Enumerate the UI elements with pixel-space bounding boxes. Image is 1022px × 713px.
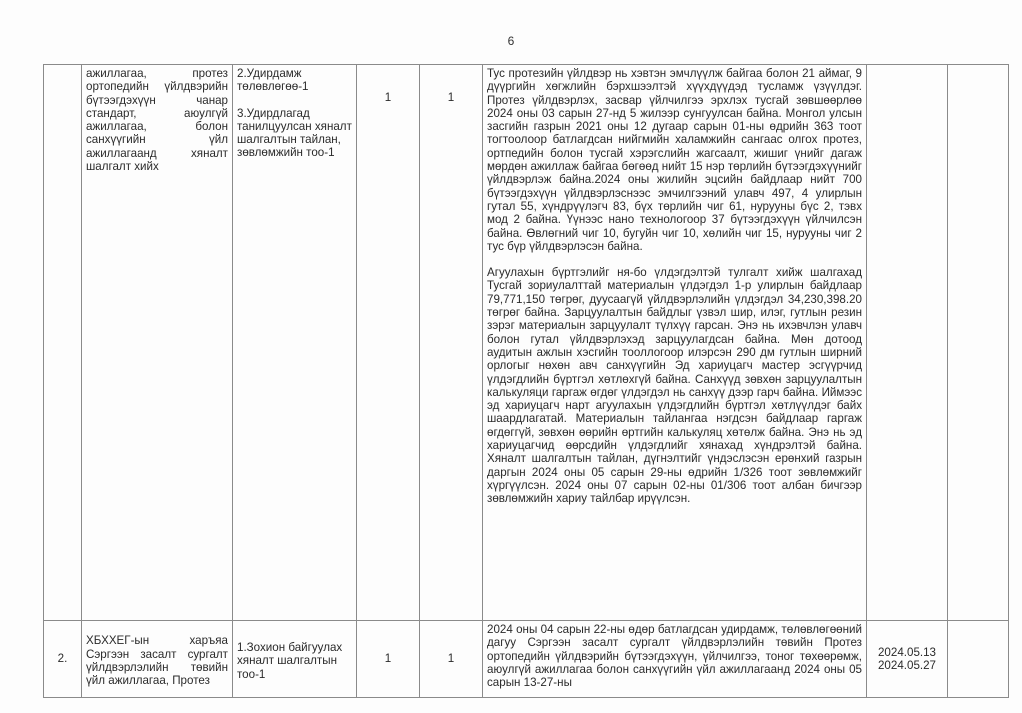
indicator-cell: 1.Зохион байгуулах хяналт шалгалтын тоо-… [233,621,357,698]
page-number: 6 [0,34,1022,48]
planned-count-cell: 1 [357,621,420,698]
description-cell: Тус протезийн үйлдвэр нь хэвтэн эмчлүүлж… [483,65,867,621]
indicator-item: 1.Зохион байгуулах хяналт шалгалтын тоо-… [237,641,352,681]
actual-count-cell: 1 [420,621,483,698]
actual-count-cell: 1 [420,65,483,621]
activity-name-cell: ХБХХЕГ-ын харъяа Сэргээн засалт сургалт … [82,621,233,698]
row-number-cell [44,65,82,621]
end-date: 2024.05.27 [871,659,943,672]
indicator-item: 2.Удирдамж төлөвлөгөө-1 [237,67,352,94]
date-cell [867,65,948,621]
report-table: ажиллагаа, протез ортопедийн үйлдвэрийн … [43,64,1009,698]
activity-name-cell: ажиллагаа, протез ортопедийн үйлдвэрийн … [82,65,233,621]
description-paragraph: Агуулахын бүртгэлийг ня-бо үлдэгдэлтэй т… [487,266,862,505]
note-cell [948,621,1009,698]
description-paragraph: 2024 оны 04 сарын 22-ны өдөр батлагдсан … [487,623,862,689]
indicator-cell: 2.Удирдамж төлөвлөгөө-1 3.Удирдлагад тан… [233,65,357,621]
note-cell [948,65,1009,621]
date-cell: 2024.05.13 2024.05.27 [867,621,948,698]
planned-count-cell: 1 [357,65,420,621]
table-row: ажиллагаа, протез ортопедийн үйлдвэрийн … [44,65,1009,621]
description-cell: 2024 оны 04 сарын 22-ны өдөр батлагдсан … [483,621,867,698]
row-number-cell: 2. [44,621,82,698]
description-paragraph: Тус протезийн үйлдвэр нь хэвтэн эмчлүүлж… [487,67,862,253]
start-date: 2024.05.13 [871,646,943,659]
table-row: 2. ХБХХЕГ-ын харъяа Сэргээн засалт сурга… [44,621,1009,698]
indicator-item: 3.Удирдлагад танилцуулсан хяналт шалгалт… [237,107,352,160]
